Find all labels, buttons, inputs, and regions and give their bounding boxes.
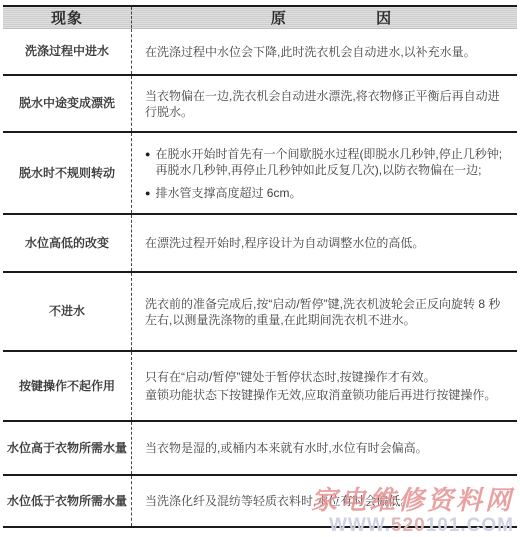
- table-row: 脱水时不规则转动 ●在脱水开始时首先有一个间歇脱水过程(即脱水几秒钟,停止几秒钟…: [3, 133, 517, 215]
- table-row: 水位高于衣物所需水量 当衣物是湿的,或桶内本来就有水时,水位有时会偏高。: [3, 422, 517, 476]
- cause-cell: 当洗涤化纤及混纺等轻质衣料时,水位有时会偏低。: [131, 476, 517, 526]
- table-body: 洗涤过程中进水 在洗涤过程中水位会下降,此时洗衣机会自动进水,以补充水量。 脱水…: [3, 29, 517, 528]
- header-cause-label: 原 因: [271, 7, 392, 28]
- cause-line: 童锁功能状态下按键操作无效,应取消童锁功能后再进行按键操作。: [145, 387, 507, 403]
- phenomenon-label: 按键操作不起作用: [19, 379, 115, 394]
- cause-cell: 在漂洗过程开始时,程序设计为自动调整水位的高低。: [131, 215, 517, 271]
- phenomenon-label: 水位低于衣物所需水量: [7, 494, 127, 509]
- table-row: 不进水 洗衣前的准备完成后,按“启动/暂停”键,洗衣机波轮会正反向旋转 8 秒左…: [3, 273, 517, 352]
- cause-cell: 在洗涤过程中水位会下降,此时洗衣机会自动进水,以补充水量。: [131, 29, 517, 74]
- cause-line: 在洗涤过程中水位会下降,此时洗衣机会自动进水,以补充水量。: [145, 44, 507, 60]
- phenomenon-label: 脱水时不规则转动: [19, 166, 115, 181]
- cause-line: 当洗涤化纤及混纺等轻质衣料时,水位有时会偏低。: [145, 493, 507, 509]
- cause-text: 在脱水开始时首先有一个间歇脱水过程(即脱水几秒钟,停止几秒钟;再脱水几秒钟,再停…: [155, 146, 507, 178]
- header-phenomenon-label: 现象: [51, 7, 83, 28]
- phenomenon-label: 水位高于衣物所需水量: [7, 441, 127, 456]
- header-cause-cell: 原 因: [131, 7, 517, 28]
- phenomenon-cell: 不进水: [3, 273, 131, 350]
- cause-text: 排水管支撑高度超过 6cm。: [155, 185, 301, 201]
- header-phenomenon-cell: 现象: [3, 7, 131, 28]
- phenomenon-cell: 洗涤过程中进水: [3, 29, 131, 74]
- cause-line: ●在脱水开始时首先有一个间歇脱水过程(即脱水几秒钟,停止几秒钟;再脱水几秒钟,再…: [145, 146, 507, 178]
- cause-line: 当衣物偏在一边,洗衣机会自动进水漂洗,将衣物修正平衡后再自动进行脱水。: [145, 88, 507, 120]
- table-row: 水位低于衣物所需水量 当洗涤化纤及混纺等轻质衣料时,水位有时会偏低。: [3, 476, 517, 528]
- bullet-icon: ●: [145, 146, 150, 162]
- phenomenon-cell: 脱水中途变成漂洗: [3, 76, 131, 131]
- cause-cell: ●在脱水开始时首先有一个间歇脱水过程(即脱水几秒钟,停止几秒钟;再脱水几秒钟,再…: [131, 133, 517, 213]
- cause-cell: 洗衣前的准备完成后,按“启动/暂停”键,洗衣机波轮会正反向旋转 8 秒左右,以测…: [131, 273, 517, 350]
- manual-page: 现象 原 因 洗涤过程中进水 在洗涤过程中水位会下降,此时洗衣机会自动进水,以补…: [0, 0, 520, 537]
- cause-cell: 当衣物是湿的,或桶内本来就有水时,水位有时会偏高。: [131, 422, 517, 474]
- phenomenon-label: 洗涤过程中进水: [25, 44, 109, 59]
- table-row: 水位高低的改变 在漂洗过程开始时,程序设计为自动调整水位的高低。: [3, 215, 517, 273]
- table-row: 脱水中途变成漂洗 当衣物偏在一边,洗衣机会自动进水漂洗,将衣物修正平衡后再自动进…: [3, 76, 517, 133]
- phenomenon-cell: 水位低于衣物所需水量: [3, 476, 131, 526]
- phenomenon-cell: 水位高低的改变: [3, 215, 131, 271]
- bullet-icon: ●: [145, 185, 150, 201]
- phenomenon-cell: 按键操作不起作用: [3, 352, 131, 420]
- cause-line: 在漂洗过程开始时,程序设计为自动调整水位的高低。: [145, 235, 507, 251]
- table-row: 按键操作不起作用 只有在“启动/暂停”键处于暂停状态时,按键操作才有效。童锁功能…: [3, 352, 517, 422]
- table-header-row: 现象 原 因: [3, 5, 517, 29]
- phenomenon-label: 水位高低的改变: [25, 236, 109, 251]
- phenomenon-cell: 脱水时不规则转动: [3, 133, 131, 213]
- phenomenon-cell: 水位高于衣物所需水量: [3, 422, 131, 474]
- troubleshooting-table: 现象 原 因 洗涤过程中进水 在洗涤过程中水位会下降,此时洗衣机会自动进水,以补…: [3, 5, 517, 528]
- table-row: 洗涤过程中进水 在洗涤过程中水位会下降,此时洗衣机会自动进水,以补充水量。: [3, 29, 517, 76]
- cause-line: ●排水管支撑高度超过 6cm。: [145, 185, 507, 201]
- phenomenon-label: 脱水中途变成漂洗: [19, 96, 115, 111]
- cause-line: 只有在“启动/暂停”键处于暂停状态时,按键操作才有效。: [145, 369, 507, 385]
- cause-cell: 当衣物偏在一边,洗衣机会自动进水漂洗,将衣物修正平衡后再自动进行脱水。: [131, 76, 517, 131]
- cause-cell: 只有在“启动/暂停”键处于暂停状态时,按键操作才有效。童锁功能状态下按键操作无效…: [131, 352, 517, 420]
- cause-line: 当衣物是湿的,或桶内本来就有水时,水位有时会偏高。: [145, 440, 507, 456]
- cause-line: 洗衣前的准备完成后,按“启动/暂停”键,洗衣机波轮会正反向旋转 8 秒左右,以测…: [145, 296, 507, 328]
- phenomenon-label: 不进水: [49, 304, 85, 319]
